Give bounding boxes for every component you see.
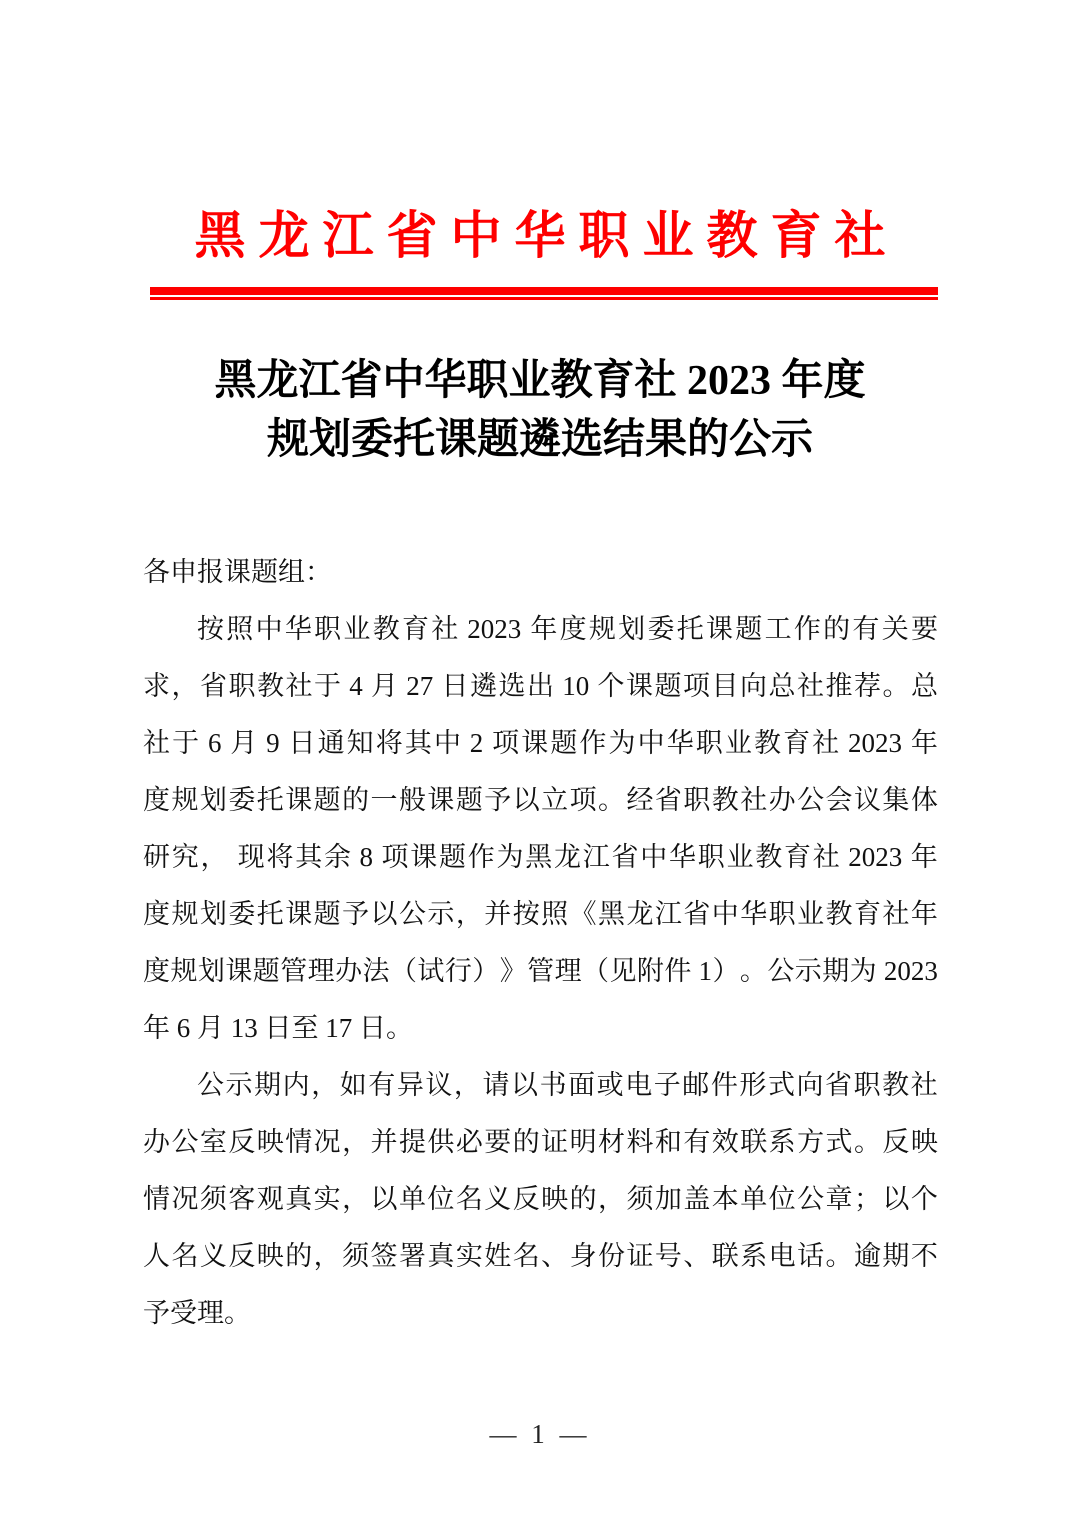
document-page: 黑龙江省中华职业教育社 黑龙江省中华职业教育社 2023 年度 规划委托课题遴选… bbox=[0, 0, 1080, 1527]
text-line: 度规划委托课题予以公示，并按照《黑龙江省中华职业教育社年 bbox=[143, 886, 938, 943]
org-masthead-title: 黑龙江省中华职业教育社 bbox=[0, 206, 1080, 268]
divider-thin-line bbox=[150, 297, 938, 300]
text-line: 年 6 月 13 日至 17 日。 bbox=[143, 1000, 938, 1057]
text-line: 求，省职教社于 4 月 27 日遴选出 10 个课题项目向总社推荐。总 bbox=[143, 658, 938, 715]
text-line: 按照中华职业教育社 2023 年度规划委托课题工作的有关要 bbox=[143, 601, 938, 658]
text-line: 予受理。 bbox=[143, 1285, 938, 1342]
document-title-line2: 规划委托课题遴选结果的公示 bbox=[0, 411, 1080, 470]
document-title-line1: 黑龙江省中华职业教育社 2023 年度 bbox=[0, 352, 1080, 411]
divider-thick-line bbox=[150, 287, 938, 295]
text-line: 公示期内，如有异议，请以书面或电子邮件形式向省职教社 bbox=[143, 1057, 938, 1114]
page-number: — 1 — bbox=[0, 1414, 1080, 1454]
text-line: 各申报课题组： bbox=[143, 544, 938, 601]
masthead-divider-rule bbox=[150, 287, 938, 300]
document-title: 黑龙江省中华职业教育社 2023 年度 规划委托课题遴选结果的公示 bbox=[0, 352, 1080, 470]
text-line: 度规划课题管理办法（试行）》管理（见附件 1）。公示期为 2023 bbox=[143, 943, 938, 1000]
text-line: 人名义反映的，须签署真实姓名、身份证号、联系电话。逾期不 bbox=[143, 1228, 938, 1285]
text-line: 办公室反映情况，并提供必要的证明材料和有效联系方式。反映 bbox=[143, 1114, 938, 1171]
text-line: 研究， 现将其余 8 项课题作为黑龙江省中华职业教育社 2023 年 bbox=[143, 829, 938, 886]
text-line: 度规划委托课题的一般课题予以立项。经省职教社办公会议集体 bbox=[143, 772, 938, 829]
body-text: 各申报课题组：按照中华职业教育社 2023 年度规划委托课题工作的有关要求，省职… bbox=[143, 544, 938, 1342]
text-line: 情况须客观真实，以单位名义反映的，须加盖本单位公章；以个 bbox=[143, 1171, 938, 1228]
text-line: 社于 6 月 9 日通知将其中 2 项课题作为中华职业教育社 2023 年 bbox=[143, 715, 938, 772]
